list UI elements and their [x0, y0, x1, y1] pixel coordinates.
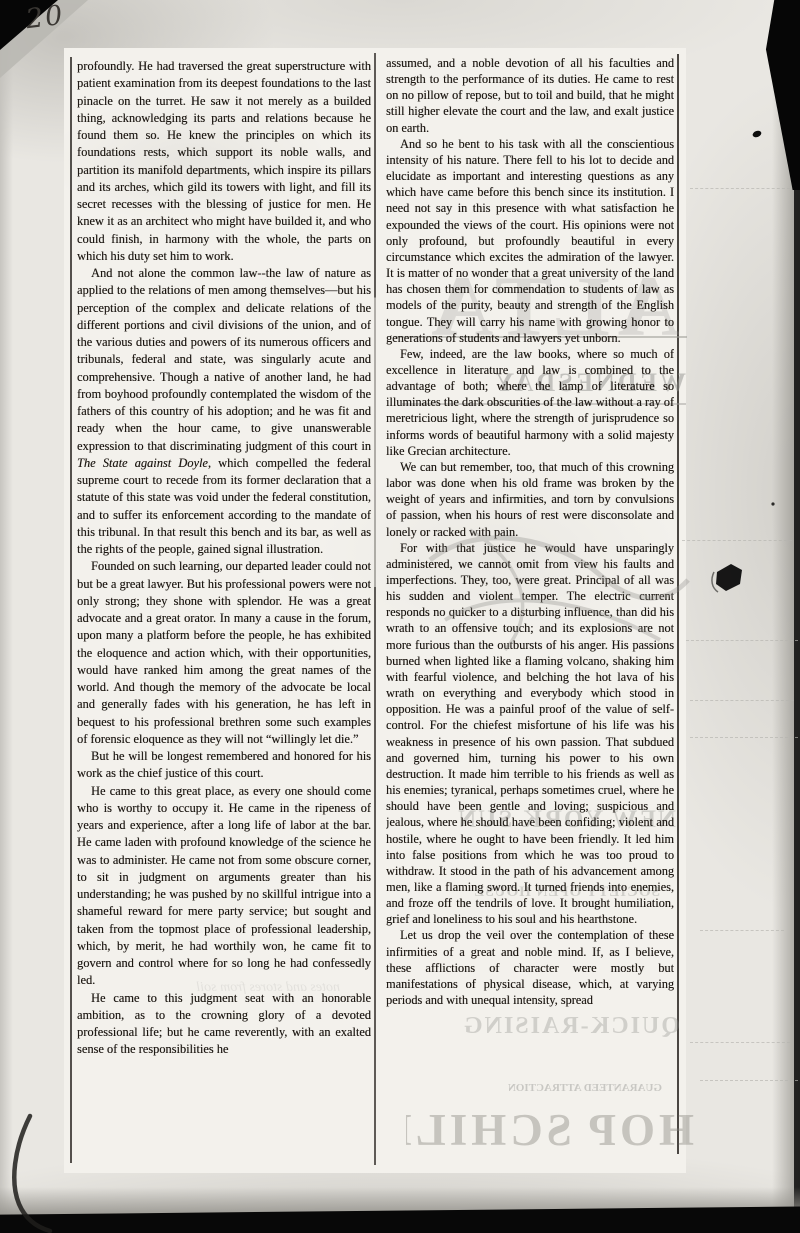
- article-paragraph: Founded on such learning, our departed l…: [77, 558, 371, 748]
- margin-ruling: [690, 700, 794, 702]
- article-paragraph: He came to this judgment seat with an ho…: [77, 990, 371, 1059]
- column-rule-middle: [374, 53, 376, 1165]
- margin-ruling: [690, 737, 798, 739]
- article-paragraph: But he will be longest remembered and ho…: [77, 748, 371, 783]
- ink-blot: [716, 564, 742, 591]
- margin-ruling: [690, 188, 790, 190]
- margin-ruling: [700, 930, 784, 932]
- margin-ruling: [700, 1080, 798, 1082]
- article-column-right: assumed, and a noble devotion of all his…: [386, 55, 674, 1157]
- scan-bed-right: [794, 150, 800, 1233]
- page-left-edge: [0, 0, 13, 1233]
- margin-ruling: [686, 640, 798, 642]
- article-paragraph: assumed, and a noble devotion of all his…: [386, 55, 674, 136]
- article-paragraph: He came to this great place, as every on…: [77, 783, 371, 990]
- case-citation: The State against Doyle: [77, 456, 208, 470]
- paragraph-text: , which compelled the federal supreme co…: [77, 456, 371, 556]
- ink-speck: [752, 130, 763, 139]
- margin-ruling: [682, 540, 792, 542]
- article-paragraph: And not alone the common law--the law of…: [77, 265, 371, 558]
- article-column-left: profoundly. He had traversed the great s…: [77, 58, 371, 1166]
- handwritten-page-number: 20: [24, 0, 66, 35]
- column-rule-right: [677, 54, 679, 1154]
- ink-blot-tail: [712, 572, 718, 592]
- article-paragraph: And so he bent to his task with all the …: [386, 136, 674, 346]
- scanned-album-page: 20 ALTA WEDNESDAY NEW YORK SUN SOCIETY O…: [0, 0, 800, 1233]
- article-paragraph: Let us drop the veil over the contemplat…: [386, 927, 674, 1008]
- article-paragraph: For with that justice he would have unsp…: [386, 540, 674, 928]
- paragraph-text: And not alone the common law--the law of…: [77, 266, 371, 453]
- article-paragraph: profoundly. He had traversed the great s…: [77, 58, 371, 265]
- article-paragraph: Few, indeed, are the law books, where so…: [386, 346, 674, 459]
- article-paragraph: We can but remember, too, that much of t…: [386, 459, 674, 540]
- column-rule-left: [70, 57, 72, 1163]
- margin-ruling: [690, 1042, 790, 1044]
